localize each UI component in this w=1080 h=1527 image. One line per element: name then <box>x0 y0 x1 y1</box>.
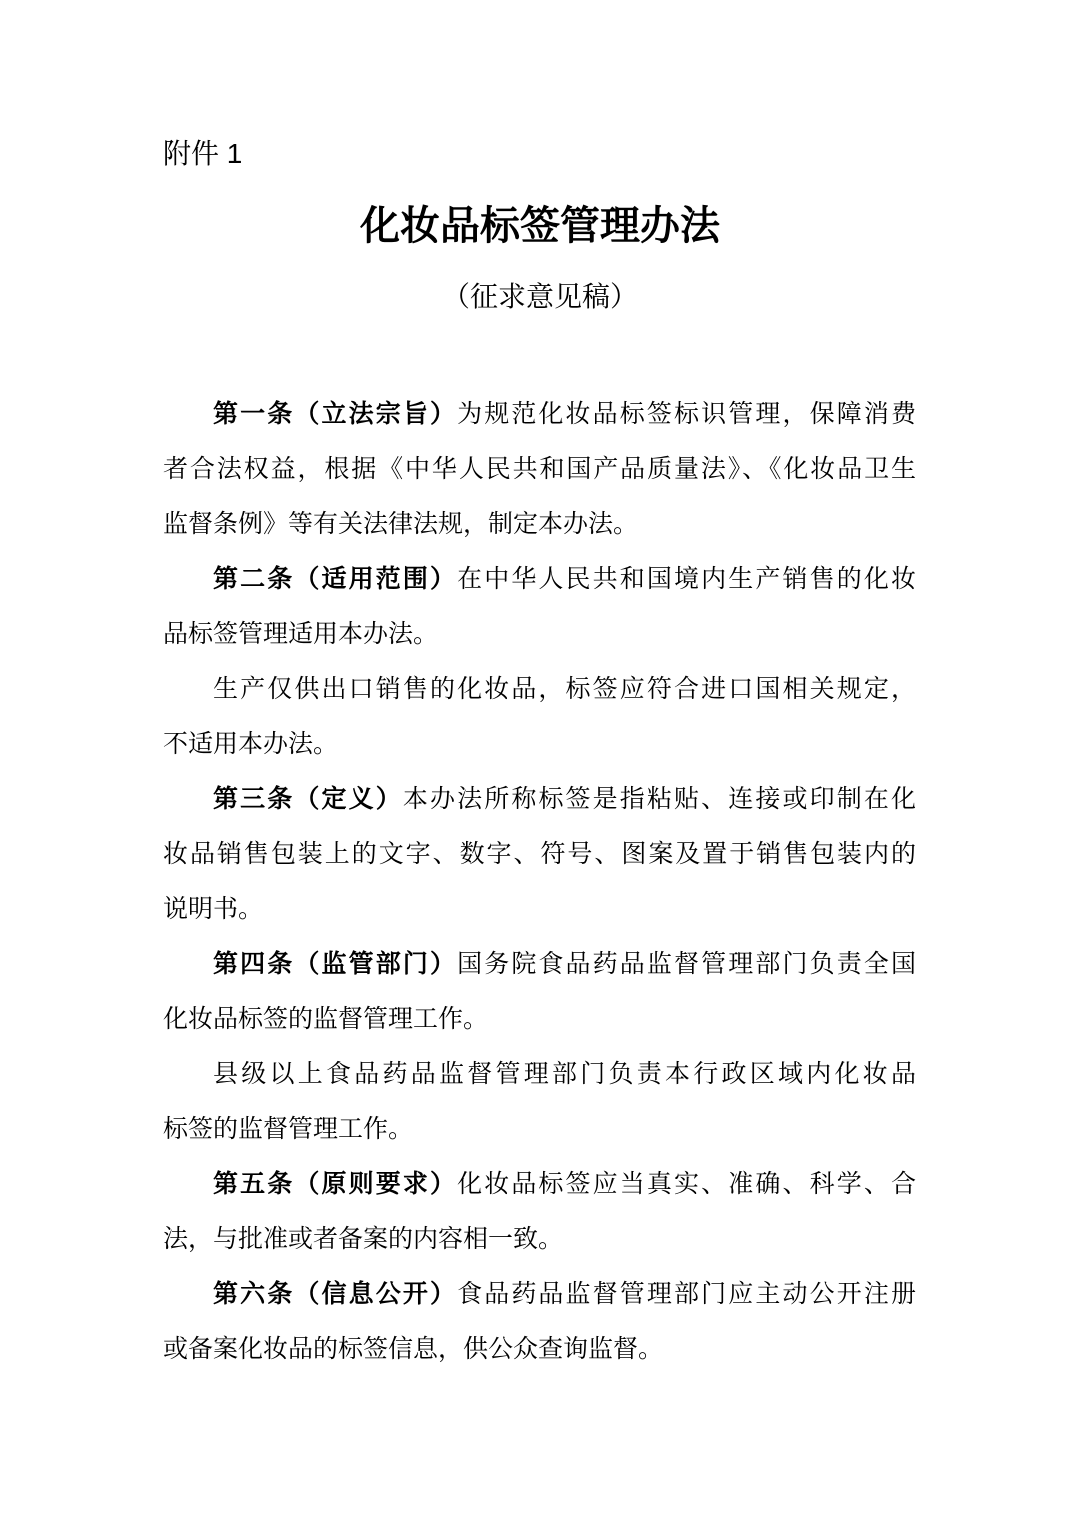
line-text: 县级以上食品药品监督管理部门负责本行政区域内化妆品 <box>213 1061 916 1088</box>
article-lead: 第六条（信息公开） <box>213 1280 457 1308</box>
document-body: 第一条（立法宗旨）为规范化妆品标签标识管理，保障消费者合法权益，根据《中华人民共… <box>163 387 916 1377</box>
line-text: 为规范化妆品标签标识管理，保障消费 <box>457 401 916 428</box>
document-line: 第四条（监管部门）国务院食品药品监督管理部门负责全国 <box>163 937 916 992</box>
line-text: 国务院食品药品监督管理部门负责全国 <box>457 951 916 978</box>
line-text: 法，与批准或者备案的内容相一致。 <box>163 1226 563 1253</box>
line-text: 监督条例》等有关法律法规，制定本办法。 <box>163 511 638 538</box>
line-text: 者合法权益，根据《中华人民共和国产品质量法》、《化妆品卫生 <box>163 456 916 483</box>
document-line: 第五条（原则要求）化妆品标签应当真实、准确、科学、合 <box>163 1157 916 1212</box>
article-lead: 第五条（原则要求） <box>213 1170 457 1198</box>
document-line: 标签的监督管理工作。 <box>163 1102 916 1157</box>
attachment-label: 附件 1 <box>163 139 242 170</box>
article-lead: 第三条（定义） <box>213 785 403 813</box>
line-text: 化妆品标签应当真实、准确、科学、合 <box>457 1171 916 1198</box>
line-text: 品标签管理适用本办法。 <box>163 621 438 648</box>
article-lead: 第一条（立法宗旨） <box>213 400 457 428</box>
page-title: 化妆品标签管理办法 <box>0 204 1080 248</box>
line-text: 化妆品标签的监督管理工作。 <box>163 1006 488 1033</box>
document-line: 第一条（立法宗旨）为规范化妆品标签标识管理，保障消费 <box>163 387 916 442</box>
document-line: 县级以上食品药品监督管理部门负责本行政区域内化妆品 <box>163 1047 916 1102</box>
document-line: 生产仅供出口销售的化妆品，标签应符合进口国相关规定， <box>163 662 916 717</box>
line-text: 说明书。 <box>163 896 263 923</box>
line-text: 在中华人民共和国境内生产销售的化妆 <box>457 566 916 593</box>
document-line: 或备案化妆品的标签信息，供公众查询监督。 <box>163 1322 916 1377</box>
line-text: 生产仅供出口销售的化妆品，标签应符合进口国相关规定， <box>213 676 916 703</box>
page-subtitle: （征求意见稿） <box>0 282 1080 313</box>
document-line: 化妆品标签的监督管理工作。 <box>163 992 916 1047</box>
document-line: 法，与批准或者备案的内容相一致。 <box>163 1212 916 1267</box>
document-line: 说明书。 <box>163 882 916 937</box>
document-line: 不适用本办法。 <box>163 717 916 772</box>
article-lead: 第二条（适用范围） <box>213 565 457 593</box>
document-line: 者合法权益，根据《中华人民共和国产品质量法》、《化妆品卫生 <box>163 442 916 497</box>
line-text: 或备案化妆品的标签信息，供公众查询监督。 <box>163 1336 663 1363</box>
line-text: 本办法所称标签是指粘贴、连接或印制在化 <box>403 786 916 813</box>
document-line: 第六条（信息公开）食品药品监督管理部门应主动公开注册 <box>163 1267 916 1322</box>
document-line: 品标签管理适用本办法。 <box>163 607 916 662</box>
line-text: 标签的监督管理工作。 <box>163 1116 413 1143</box>
document-line: 第三条（定义）本办法所称标签是指粘贴、连接或印制在化 <box>163 772 916 827</box>
document-line: 第二条（适用范围）在中华人民共和国境内生产销售的化妆 <box>163 552 916 607</box>
document-line: 监督条例》等有关法律法规，制定本办法。 <box>163 497 916 552</box>
document-line: 妆品销售包装上的文字、数字、符号、图案及置于销售包装内的 <box>163 827 916 882</box>
line-text: 不适用本办法。 <box>163 731 338 758</box>
line-text: 妆品销售包装上的文字、数字、符号、图案及置于销售包装内的 <box>163 841 916 868</box>
line-text: 食品药品监督管理部门应主动公开注册 <box>457 1281 916 1308</box>
document-page: 附件 1 化妆品标签管理办法 （征求意见稿） 第一条（立法宗旨）为规范化妆品标签… <box>0 0 1080 1527</box>
article-lead: 第四条（监管部门） <box>213 950 457 978</box>
